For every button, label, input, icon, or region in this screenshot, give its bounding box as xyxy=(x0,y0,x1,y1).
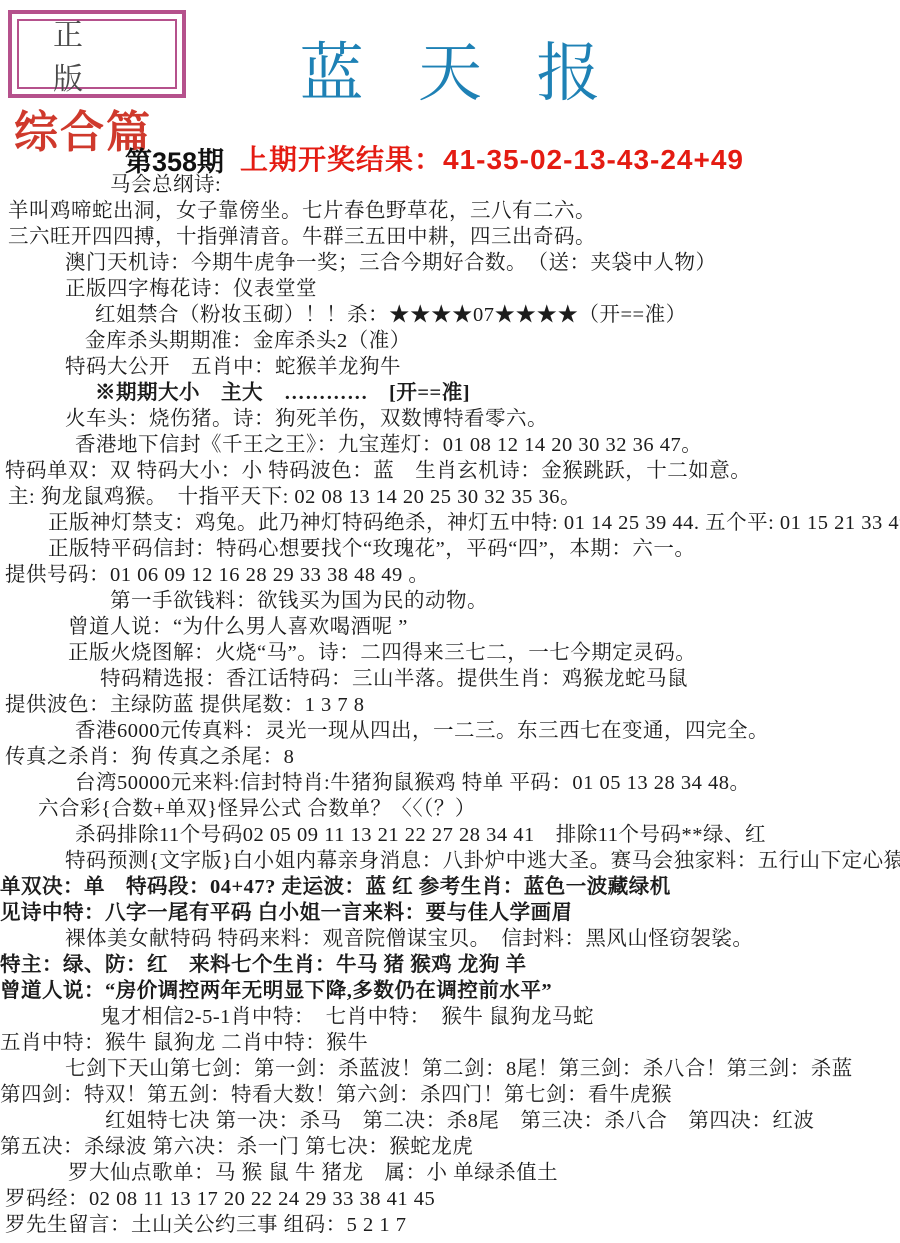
text-line: 提供波色：主绿防蓝 提供尾数：1 3 7 8 xyxy=(0,692,900,718)
text-line: 三六旺开四四搏，十指弹清音。牛群三五田中耕，四三出奇码。 xyxy=(0,224,900,250)
text-line: 杀码排除11个号码02 05 09 11 13 21 22 27 28 34 4… xyxy=(0,822,900,848)
issue-row: 第358期 上期开奖结果：41-35-02-13-43-24+49 xyxy=(0,138,900,174)
text-line: 正版神灯禁支：鸡兔。此乃神灯特码绝杀，神灯五中特: 01 14 25 39 44… xyxy=(0,510,900,536)
text-line: 特码单双：双 特码大小：小 特码波色：蓝 生肖玄机诗：金猴跳跃，十二如意。 xyxy=(0,458,900,484)
text-line: 特主：绿、防：红 来料七个生肖：牛马 猪 猴鸡 龙狗 羊 xyxy=(0,952,900,978)
text-line: 提供号码：01 06 09 12 16 28 29 33 38 48 49 。 xyxy=(0,562,900,588)
text-line: 主: 狗龙鼠鸡猴。 十指平天下: 02 08 13 14 20 25 30 32… xyxy=(0,484,900,510)
text-line: 羊叫鸡啼蛇出洞，女子靠傍坐。七片春色野草花，三八有二六。 xyxy=(0,198,900,224)
text-line: 曾道人说：“房价调控两年无明显下降,多数仍在调控前水平” xyxy=(0,978,900,1004)
text-line: 七剑下天山第七剑：第一剑：杀蓝波！第二剑：8尾！第三剑：杀八合！第三剑：杀蓝 xyxy=(0,1056,900,1082)
text-line: 香港地下信封《千王之王》：九宝莲灯：01 08 12 14 20 30 32 3… xyxy=(0,432,900,458)
text-line: 曾道人说：“为什么男人喜欢喝酒呢 ” xyxy=(0,614,900,640)
text-line: 金库杀头期期准：金库杀头2（准） xyxy=(0,328,900,354)
text-line: 红姐特七决 第一决：杀马 第二决：杀8尾 第三决：杀八合 第四决：红波 xyxy=(0,1108,900,1134)
text-line: 特码大公开 五肖中：蛇猴羊龙狗牛 xyxy=(0,354,900,380)
text-line: 裸体美女献特码 特码来料：观音院僧谋宝贝。 信封料：黑风山怪窃袈裟。 xyxy=(0,926,900,952)
text-line: 传真之杀肖：狗 传真之杀尾：8 xyxy=(0,744,900,770)
text-line: 罗先生留言：土山关公约三事 组码：5 2 1 7 xyxy=(0,1212,900,1238)
lottery-tip-sheet-page: 正 版 蓝天报 综合篇 第358期 上期开奖结果：41-35-02-13-43-… xyxy=(0,0,900,1243)
text-line: 第四剑：特双！第五剑：特看大数！第六剑：杀四门！第七剑：看牛虎猴 xyxy=(0,1082,900,1108)
text-line: 第五决：杀绿波 第六决：杀一门 第七决：猴蛇龙虎 xyxy=(0,1134,900,1160)
text-line: 特码精选报：香江话特码：三山半落。提供生肖：鸡猴龙蛇马鼠 xyxy=(0,666,900,692)
text-line: ※期期大小 主大 ………… [开==准] xyxy=(0,380,900,406)
text-line: 澳门天机诗：今期牛虎争一奖；三合今期好合数。 （送：夹袋中人物） xyxy=(0,250,900,276)
text-line: 六合彩{合数+单双}怪异公式 合数单？〈〈（？） xyxy=(0,796,900,822)
text-line: 鬼才相信2-5-1肖中特： 七肖中特： 猴牛 鼠狗龙马蛇 xyxy=(0,1004,900,1030)
text-line: 正版四字梅花诗：仪表堂堂 xyxy=(0,276,900,302)
text-line: 特码预测{文字版}白小姐内幕亲身消息：八卦炉中逃大圣。赛马会独家料：五行山下定心… xyxy=(0,848,900,874)
text-line: 红姐禁合（粉妆玉砌）！！杀：★★★★07★★★★（开==准） xyxy=(0,302,900,328)
text-line: 第一手欲钱料：欲钱买为国为民的动物。 xyxy=(0,588,900,614)
text-line: 见诗中特：八字一尾有平码 白小姐一言来料：要与佳人学画眉 xyxy=(0,900,900,926)
text-line: 正版特平码信封：特码心想要找个“玫瑰花”，平码“四”，本期：六一。 xyxy=(0,536,900,562)
text-line: 五肖中特：猴牛 鼠狗龙 二肖中特：猴牛 xyxy=(0,1030,900,1056)
text-line: 单双决：单 特码段：04+47? 走运波：蓝 红 参考生肖：蓝色一波藏绿机 xyxy=(0,874,900,900)
text-line: 罗码经：02 08 11 13 17 20 22 24 29 33 38 41 … xyxy=(0,1186,900,1212)
text-line: 罗大仙点歌单：马 猴 鼠 牛 猪龙 属：小 单绿杀值土 xyxy=(0,1160,900,1186)
text-line: 正版火烧图解：火烧“马”。诗：二四得来三七二，一七今期定灵码。 xyxy=(0,640,900,666)
text-line: 台湾50000元来料:信封特肖:牛猪狗鼠猴鸡 特单 平码：01 05 13 28… xyxy=(0,770,900,796)
body-text-lines: 马会总纲诗:羊叫鸡啼蛇出洞，女子靠傍坐。七片春色野草花，三八有二六。三六旺开四四… xyxy=(0,172,900,1238)
text-line: 香港6000元传真料：灵光一现从四出，一二三。东三西七在变通，四完全。 xyxy=(0,718,900,744)
text-line: 马会总纲诗: xyxy=(0,172,900,198)
text-line: 火车头：烧伤猪。诗：狗死羊伤，双数博特看零六。 xyxy=(0,406,900,432)
